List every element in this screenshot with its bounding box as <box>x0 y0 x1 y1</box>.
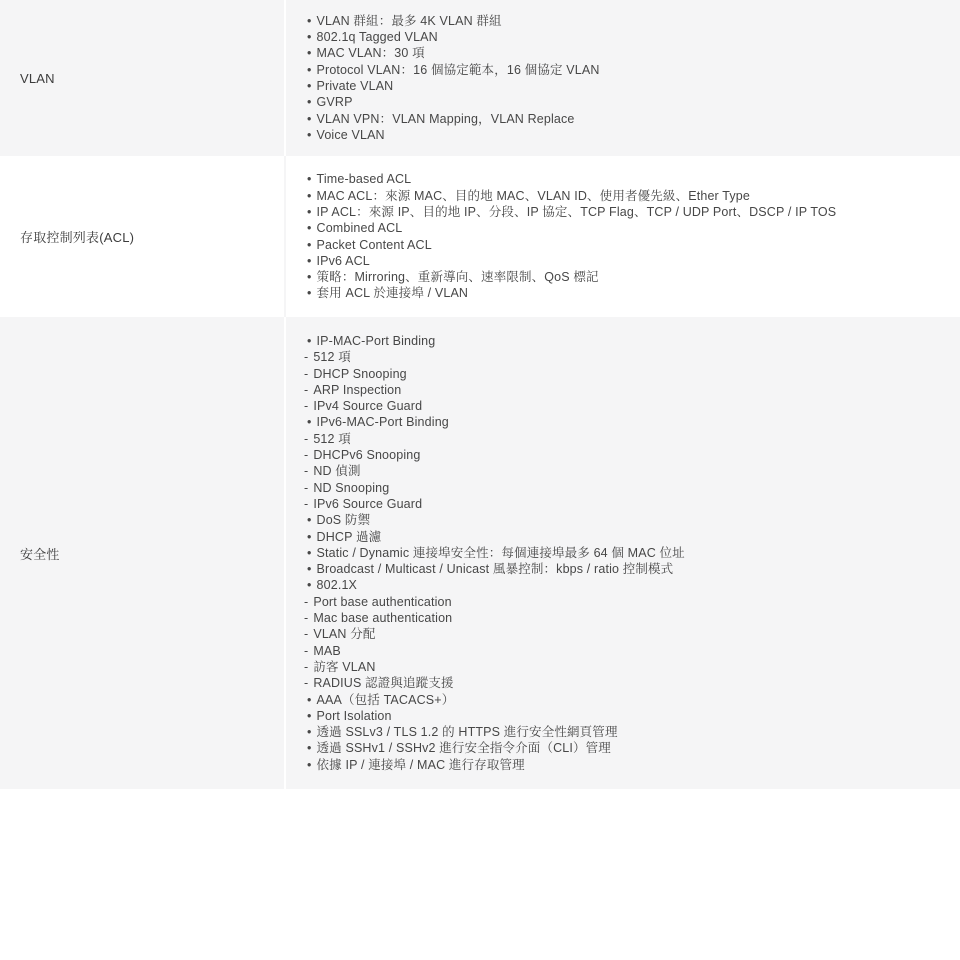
spec-line: •802.1q Tagged VLAN <box>304 29 936 45</box>
dash-marker: - <box>304 480 308 496</box>
spec-line: •策略：Mirroring、重新導向、速率限制、QoS 標記 <box>304 269 936 285</box>
spec-line: -512 項 <box>304 349 936 365</box>
spec-line-text: IPv4 Source Guard <box>313 398 422 414</box>
spec-line: -DHCP Snooping <box>304 366 936 382</box>
spec-line: •Broadcast / Multicast / Unicast 風暴控制：kb… <box>304 561 936 577</box>
bullet-marker: • <box>307 171 312 187</box>
bullet-marker: • <box>307 577 312 593</box>
spec-line: -ARP Inspection <box>304 382 936 398</box>
spec-line: •MAC VLAN：30 項 <box>304 45 936 61</box>
spec-line: •套用 ACL 於連接埠 / VLAN <box>304 285 936 301</box>
spec-line-text: 依據 IP / 連接埠 / MAC 進行存取管理 <box>317 757 525 773</box>
spec-line-text: Voice VLAN <box>317 127 385 143</box>
bullet-marker: • <box>307 414 312 430</box>
bullet-marker: • <box>307 757 312 773</box>
spec-line: -VLAN 分配 <box>304 626 936 642</box>
dash-marker: - <box>304 626 308 642</box>
spec-line-text: Packet Content ACL <box>317 237 432 253</box>
spec-line-text: 透過 SSLv3 / TLS 1.2 的 HTTPS 進行安全性網頁管理 <box>317 724 618 740</box>
dash-marker: - <box>304 496 308 512</box>
bullet-marker: • <box>307 220 312 236</box>
spec-line-text: Static / Dynamic 連接埠安全性：每個連接埠最多 64 個 MAC… <box>317 545 685 561</box>
spec-line: •Time-based ACL <box>304 171 936 187</box>
spec-line: •GVRP <box>304 94 936 110</box>
spec-line-text: DHCP 過濾 <box>317 529 382 545</box>
spec-line: -ND 偵測 <box>304 463 936 479</box>
spec-line-text: VLAN 群組：最多 4K VLAN 群組 <box>317 13 502 29</box>
spec-line: •Voice VLAN <box>304 127 936 143</box>
spec-row-content: •Time-based ACL•MAC ACL：來源 MAC、目的地 MAC、V… <box>286 156 960 317</box>
spec-line: •Protocol VLAN：16 個協定範本，16 個協定 VLAN <box>304 62 936 78</box>
spec-line: •依據 IP / 連接埠 / MAC 進行存取管理 <box>304 757 936 773</box>
bullet-marker: • <box>307 127 312 143</box>
spec-row-content: •VLAN 群組：最多 4K VLAN 群組•802.1q Tagged VLA… <box>286 0 960 156</box>
spec-row-label: 安全性 <box>0 317 286 789</box>
spec-line: •IP-MAC-Port Binding <box>304 333 936 349</box>
spec-line-text: IP-MAC-Port Binding <box>317 333 436 349</box>
dash-marker: - <box>304 366 308 382</box>
bullet-marker: • <box>307 204 312 220</box>
spec-line-text: 512 項 <box>313 431 351 447</box>
spec-row-label: VLAN <box>0 0 286 156</box>
spec-line-text: DHCP Snooping <box>313 366 406 382</box>
spec-line-text: 802.1q Tagged VLAN <box>317 29 438 45</box>
dash-marker: - <box>304 398 308 414</box>
bullet-marker: • <box>307 333 312 349</box>
bullet-marker: • <box>307 13 312 29</box>
spec-line-text: IP ACL：來源 IP、目的地 IP、分段、IP 協定、TCP Flag、TC… <box>317 204 837 220</box>
spec-line: •IPv6-MAC-Port Binding <box>304 414 936 430</box>
spec-line: •DHCP 過濾 <box>304 529 936 545</box>
spec-line: -IPv6 Source Guard <box>304 496 936 512</box>
spec-line-text: 訪客 VLAN <box>313 659 375 675</box>
spec-line: -Port base authentication <box>304 594 936 610</box>
spec-line-text: 套用 ACL 於連接埠 / VLAN <box>317 285 469 301</box>
spec-line-text: Combined ACL <box>317 220 403 236</box>
spec-line-text: ND Snooping <box>313 480 389 496</box>
spec-line-text: 512 項 <box>313 349 351 365</box>
spec-line-text: Time-based ACL <box>317 171 412 187</box>
bullet-marker: • <box>307 78 312 94</box>
spec-table: VLAN•VLAN 群組：最多 4K VLAN 群組•802.1q Tagged… <box>0 0 960 789</box>
bullet-marker: • <box>307 740 312 756</box>
spec-line-text: ND 偵測 <box>313 463 360 479</box>
bullet-marker: • <box>307 269 312 285</box>
spec-line: •Port Isolation <box>304 708 936 724</box>
spec-row-label: 存取控制列表(ACL) <box>0 156 286 317</box>
bullet-marker: • <box>307 111 312 127</box>
spec-line: •VLAN 群組：最多 4K VLAN 群組 <box>304 13 936 29</box>
spec-line-text: Port Isolation <box>317 708 392 724</box>
spec-line-text: IPv6-MAC-Port Binding <box>317 414 449 430</box>
spec-line: •Static / Dynamic 連接埠安全性：每個連接埠最多 64 個 MA… <box>304 545 936 561</box>
spec-line: •IPv6 ACL <box>304 253 936 269</box>
spec-line: •Combined ACL <box>304 220 936 236</box>
spec-line-text: 策略：Mirroring、重新導向、速率限制、QoS 標記 <box>317 269 599 285</box>
bullet-marker: • <box>307 561 312 577</box>
spec-line-text: Protocol VLAN：16 個協定範本，16 個協定 VLAN <box>317 62 600 78</box>
spec-line: •透過 SSHv1 / SSHv2 進行安全指令介面（CLI）管理 <box>304 740 936 756</box>
spec-line: •透過 SSLv3 / TLS 1.2 的 HTTPS 進行安全性網頁管理 <box>304 724 936 740</box>
spec-line-text: ARP Inspection <box>313 382 401 398</box>
dash-marker: - <box>304 675 308 691</box>
spec-line: •IP ACL：來源 IP、目的地 IP、分段、IP 協定、TCP Flag、T… <box>304 204 936 220</box>
spec-line: -Mac base authentication <box>304 610 936 626</box>
spec-line-text: Port base authentication <box>313 594 451 610</box>
spec-line: -ND Snooping <box>304 480 936 496</box>
spec-line-text: Mac base authentication <box>313 610 452 626</box>
spec-line-text: DHCPv6 Snooping <box>313 447 420 463</box>
spec-row: 安全性•IP-MAC-Port Binding-512 項-DHCP Snoop… <box>0 317 960 789</box>
spec-line: •802.1X <box>304 577 936 593</box>
spec-line: -RADIUS 認證與追蹤支援 <box>304 675 936 691</box>
spec-line: -512 項 <box>304 431 936 447</box>
bullet-marker: • <box>307 285 312 301</box>
spec-line: •VLAN VPN：VLAN Mapping，VLAN Replace <box>304 111 936 127</box>
spec-line-text: MAC ACL：來源 MAC、目的地 MAC、VLAN ID、使用者優先級、Et… <box>317 188 750 204</box>
spec-line-text: IPv6 ACL <box>317 253 370 269</box>
bullet-marker: • <box>307 253 312 269</box>
bullet-marker: • <box>307 94 312 110</box>
bullet-marker: • <box>307 708 312 724</box>
spec-line-text: DoS 防禦 <box>317 512 371 528</box>
bullet-marker: • <box>307 512 312 528</box>
bullet-marker: • <box>307 724 312 740</box>
spec-line-text: Private VLAN <box>317 78 394 94</box>
dash-marker: - <box>304 463 308 479</box>
spec-line-text: RADIUS 認證與追蹤支援 <box>313 675 453 691</box>
dash-marker: - <box>304 594 308 610</box>
bullet-marker: • <box>307 62 312 78</box>
spec-line-text: 802.1X <box>317 577 358 593</box>
spec-line: •DoS 防禦 <box>304 512 936 528</box>
spec-line-text: Broadcast / Multicast / Unicast 風暴控制：kbp… <box>317 561 674 577</box>
dash-marker: - <box>304 382 308 398</box>
spec-line-text: GVRP <box>317 94 353 110</box>
dash-marker: - <box>304 447 308 463</box>
spec-line-text: AAA（包括 TACACS+） <box>317 692 455 708</box>
dash-marker: - <box>304 610 308 626</box>
dash-marker: - <box>304 349 308 365</box>
spec-line: -DHCPv6 Snooping <box>304 447 936 463</box>
dash-marker: - <box>304 431 308 447</box>
spec-line-text: IPv6 Source Guard <box>313 496 422 512</box>
dash-marker: - <box>304 643 308 659</box>
spec-line: •MAC ACL：來源 MAC、目的地 MAC、VLAN ID、使用者優先級、E… <box>304 188 936 204</box>
spec-line: •Private VLAN <box>304 78 936 94</box>
spec-row-content: •IP-MAC-Port Binding-512 項-DHCP Snooping… <box>286 317 960 789</box>
bullet-marker: • <box>307 692 312 708</box>
spec-line: -訪客 VLAN <box>304 659 936 675</box>
spec-line: -IPv4 Source Guard <box>304 398 936 414</box>
bullet-marker: • <box>307 188 312 204</box>
spec-line: -MAB <box>304 643 936 659</box>
bullet-marker: • <box>307 45 312 61</box>
spec-line-text: VLAN 分配 <box>313 626 375 642</box>
spec-row: 存取控制列表(ACL)•Time-based ACL•MAC ACL：來源 MA… <box>0 156 960 317</box>
spec-line: •Packet Content ACL <box>304 237 936 253</box>
bullet-marker: • <box>307 529 312 545</box>
spec-line-text: MAB <box>313 643 341 659</box>
bullet-marker: • <box>307 29 312 45</box>
spec-line-text: MAC VLAN：30 項 <box>317 45 425 61</box>
spec-line: •AAA（包括 TACACS+） <box>304 692 936 708</box>
spec-line-text: 透過 SSHv1 / SSHv2 進行安全指令介面（CLI）管理 <box>317 740 611 756</box>
bullet-marker: • <box>307 545 312 561</box>
bullet-marker: • <box>307 237 312 253</box>
spec-line-text: VLAN VPN：VLAN Mapping，VLAN Replace <box>317 111 575 127</box>
spec-row: VLAN•VLAN 群組：最多 4K VLAN 群組•802.1q Tagged… <box>0 0 960 156</box>
dash-marker: - <box>304 659 308 675</box>
